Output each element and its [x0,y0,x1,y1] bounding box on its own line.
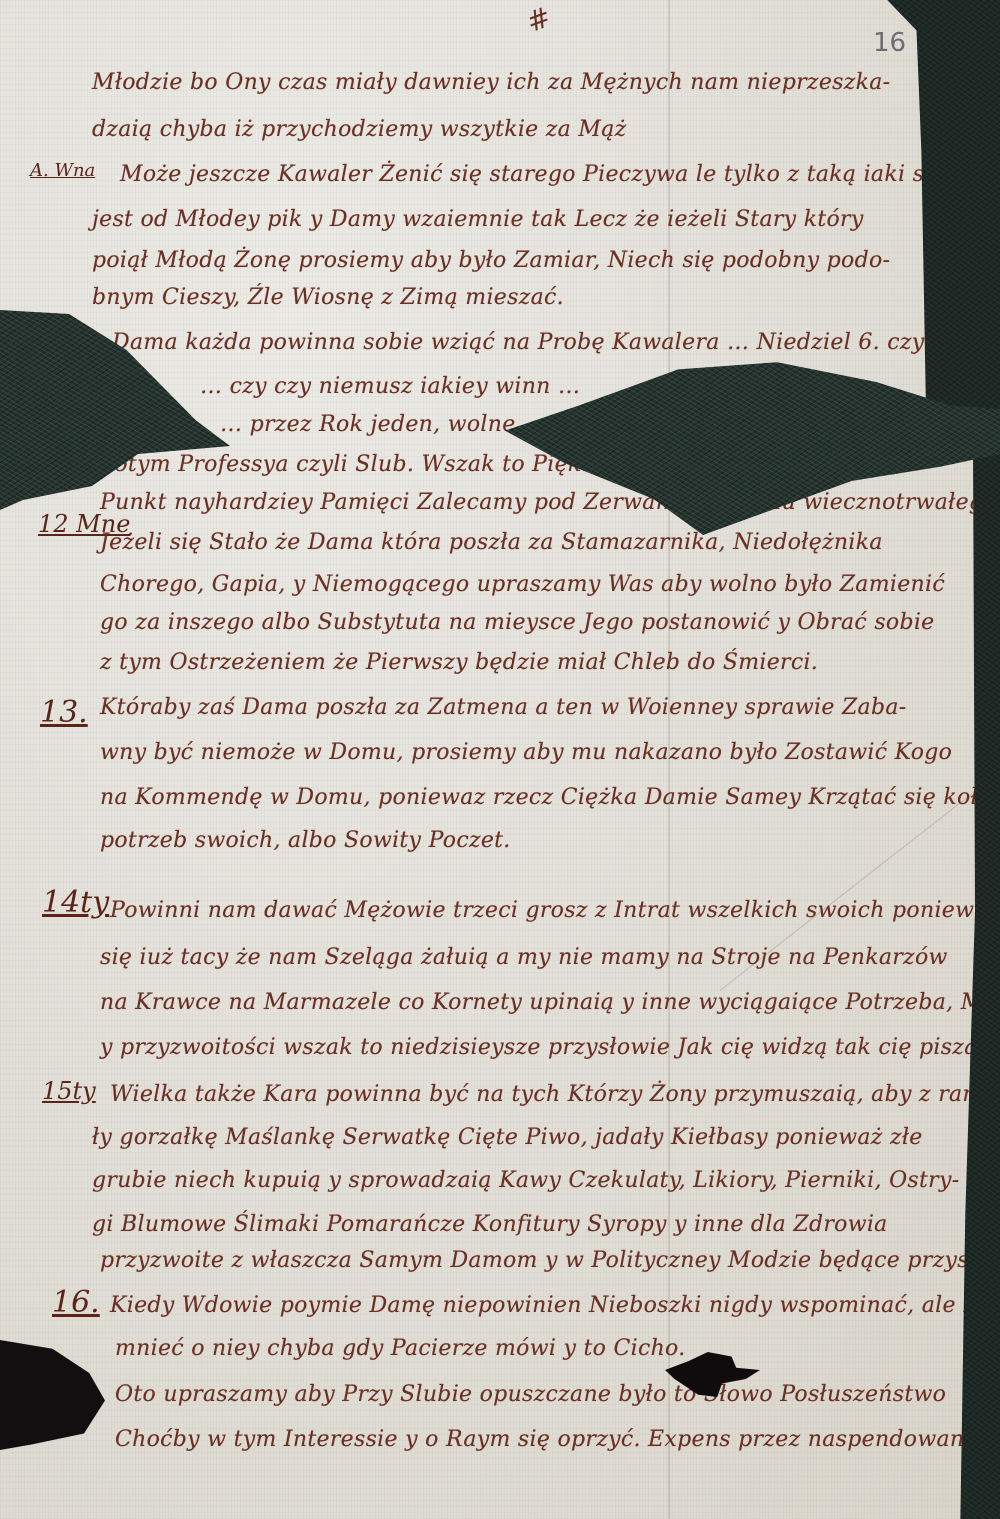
text-line: Punkt nayhardziey Pamięci Zalecamy pod Z… [100,490,1000,515]
article-number-14: 14ty [42,885,109,920]
text-line: go za inszego albo Substytuta na mieysce… [100,610,935,635]
article-number-16: 16. [52,1285,100,1320]
text-line: Może jeszcze Kawaler Żenić się starego P… [120,162,959,187]
margin-marker: A. Wna [30,160,95,181]
text-line: z tym Ostrzeżeniem że Pierwszy będzie mi… [100,650,818,675]
article-number-15: 15ty [42,1077,96,1105]
text-line: Oto upraszamy aby Przy Slubie opuszczane… [115,1382,946,1407]
text-line: dzaią chyba iż przychodziemy wszytkie za… [92,117,627,142]
text-line: … przez Rok jeden, wolne … [220,412,545,437]
text-line: Jeżeli się Stało że Dama która poszła za… [100,530,883,555]
text-line: … czy czy niemusz iakiey winn … [200,374,580,399]
text-line: Dama każda powinna sobie wziąć na Probę … [112,330,939,355]
text-line: gi Blumowe Ślimaki Pomarańcze Konfitury … [92,1212,888,1237]
text-line: Wielka także Kara powinna być na tych Kt… [110,1082,1000,1107]
folio-number: 16 [873,28,906,58]
text-line: poiął Młodą Żonę prosiemy aby było Zamia… [92,248,890,273]
text-line: wny być niemoże w Domu, prosiemy aby mu … [100,740,952,765]
text-line: Choćby w tym Interessie y o Raym się opr… [115,1427,1000,1452]
text-line: na Krawce na Marmazele co Kornety upinai… [100,990,1000,1015]
text-line: Kiedy Wdowie poymie Damę niepowinien Nie… [110,1293,1000,1318]
text-line: się iuż tacy że nam Szeląga żałuią a my … [100,945,948,970]
text-line: y przyzwoitości wszak to niedzisieysze p… [100,1035,985,1060]
manuscript-page: # 16 A. Wna Mna 12 Mne 13. 14ty 15ty 16.… [0,0,975,1519]
text-line: na Kommendę w Domu, poniewaz rzecz Ciężk… [100,785,992,810]
text-line: bnym Cieszy, Źle Wiosnę z Zimą mieszać. [92,285,564,310]
article-number-13: 13. [40,695,88,730]
top-hash-mark: # [522,0,555,39]
text-line: grubie niech kupuią y sprowadzaią Kawy C… [92,1168,959,1193]
text-line: ły gorzałkę Maślankę Serwatkę Cięte Piwo… [92,1125,923,1150]
text-line: Chorego, Gapia, y Niemogącego upraszamy … [100,572,945,597]
text-line: Młodzie bo Ony czas miały dawniey ich za… [92,70,890,95]
text-line: przyzwoite z właszcza Samym Damom y w Po… [100,1248,1000,1273]
text-line: jest od Młodey pik y Damy wzaiemnie tak … [92,207,864,232]
text-line: Powinni nam dawać Mężowie trzeci grosz z… [110,898,1000,923]
text-line: Któraby zaś Dama poszła za Zatmena a ten… [100,695,907,720]
text-line: mnieć o niey chyba gdy Pacierze mówi y t… [115,1336,686,1361]
text-line: potrzeb swoich, albo Sowity Poczet. [100,828,511,853]
